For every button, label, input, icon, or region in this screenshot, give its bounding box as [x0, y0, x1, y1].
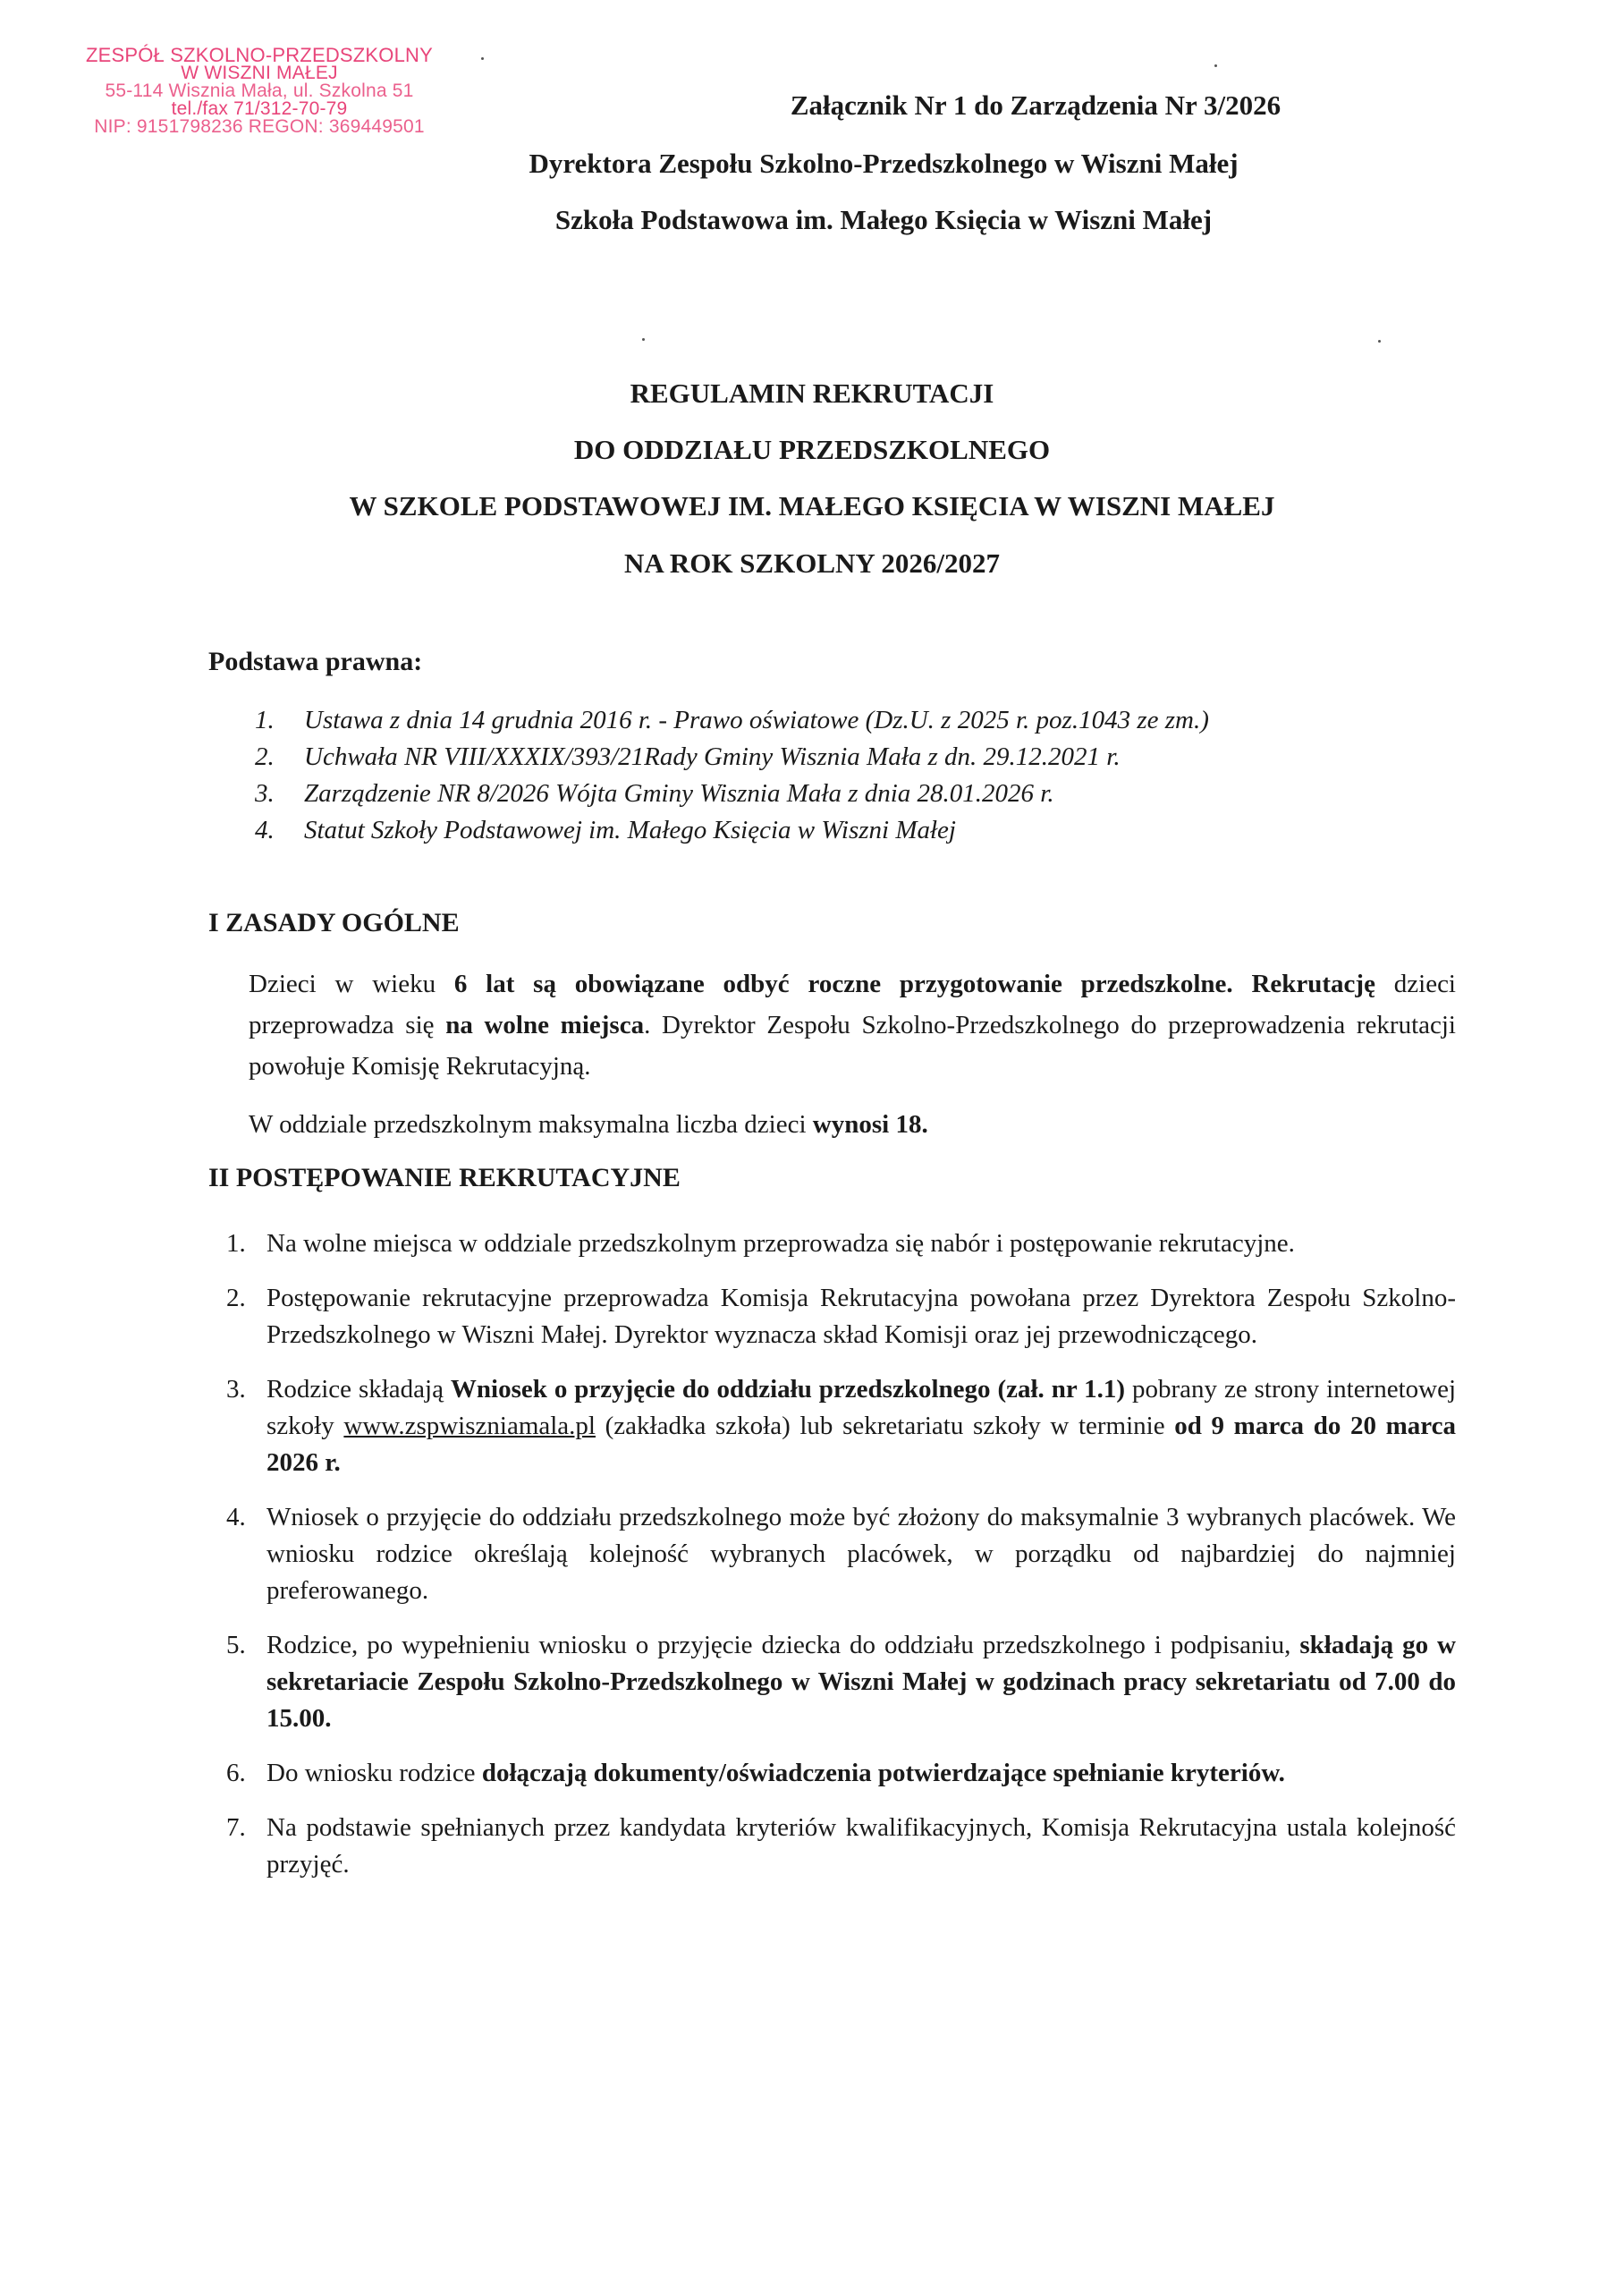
- list-item: 5.Rodzice, po wypełnieniu wniosku o przy…: [226, 1627, 1456, 1737]
- legal-basis-list: 1.Ustawa z dnia 14 grudnia 2016 r. - Pra…: [255, 702, 1209, 849]
- issuer-line: Dyrektora Zespołu Szkolno-Przedszkolnego…: [72, 148, 1624, 180]
- section-1-heading: I ZASADY OGÓLNE: [208, 908, 460, 938]
- list-item: 4.Wniosek o przyjęcie do oddziału przeds…: [226, 1499, 1456, 1609]
- scan-mark: [481, 57, 484, 60]
- doc-title-4: NA ROK SZKOLNY 2026/2027: [0, 547, 1624, 580]
- scan-mark: [1378, 340, 1381, 343]
- list-item: 2.Postępowanie rekrutacyjne przeprowadza…: [226, 1280, 1456, 1353]
- annex-title: Załącznik Nr 1 do Zarządzenia Nr 3/2026: [224, 89, 1624, 122]
- doc-title-3: W SZKOLE PODSTAWOWEJ IM. MAŁEGO KSIĘCIA …: [0, 490, 1624, 522]
- list-item: 3.Zarządzenie NR 8/2026 Wójta Gminy Wisz…: [255, 776, 1209, 812]
- list-item: 7.Na podstawie spełnianych przez kandyda…: [226, 1810, 1456, 1883]
- section-2-list: 1.Na wolne miejsca w oddziale przedszkol…: [226, 1226, 1456, 1901]
- list-item: 4.Statut Szkoły Podstawowej im. Małego K…: [255, 812, 1209, 849]
- doc-title-2: DO ODDZIAŁU PRZEDSZKOLNEGO: [0, 434, 1624, 466]
- legal-basis-heading: Podstawa prawna:: [208, 647, 422, 677]
- list-item: 1.Ustawa z dnia 14 grudnia 2016 r. - Pra…: [255, 702, 1209, 739]
- section-1-paragraph-2: W oddziale przedszkolnym maksymalna licz…: [249, 1104, 1456, 1145]
- school-website-link[interactable]: www.zspwiszniamala.pl: [343, 1412, 596, 1440]
- section-2-heading: II POSTĘPOWANIE REKRUTACYJNE: [208, 1163, 681, 1193]
- stamp-line-1: ZESPÓŁ SZKOLNO-PRZEDSZKOLNY: [80, 47, 438, 64]
- list-item: 1.Na wolne miejsca w oddziale przedszkol…: [226, 1226, 1456, 1262]
- school-name-line: Szkoła Podstawowa im. Małego Księcia w W…: [72, 204, 1624, 236]
- scan-mark: [642, 338, 645, 341]
- stamp-line-2: W WISZNI MAŁEJ: [80, 64, 438, 82]
- section-1-paragraph-1: Dzieci w wieku 6 lat są obowiązane odbyć…: [249, 963, 1456, 1087]
- scan-mark: [1214, 64, 1217, 67]
- list-item: 3.Rodzice składają Wniosek o przyjęcie d…: [226, 1371, 1456, 1481]
- list-item: 2.Uchwała NR VIII/XXXIX/393/21Rady Gminy…: [255, 739, 1209, 776]
- doc-title-1: REGULAMIN REKRUTACJI: [0, 377, 1624, 410]
- list-item: 6.Do wniosku rodzice dołączają dokumenty…: [226, 1755, 1456, 1792]
